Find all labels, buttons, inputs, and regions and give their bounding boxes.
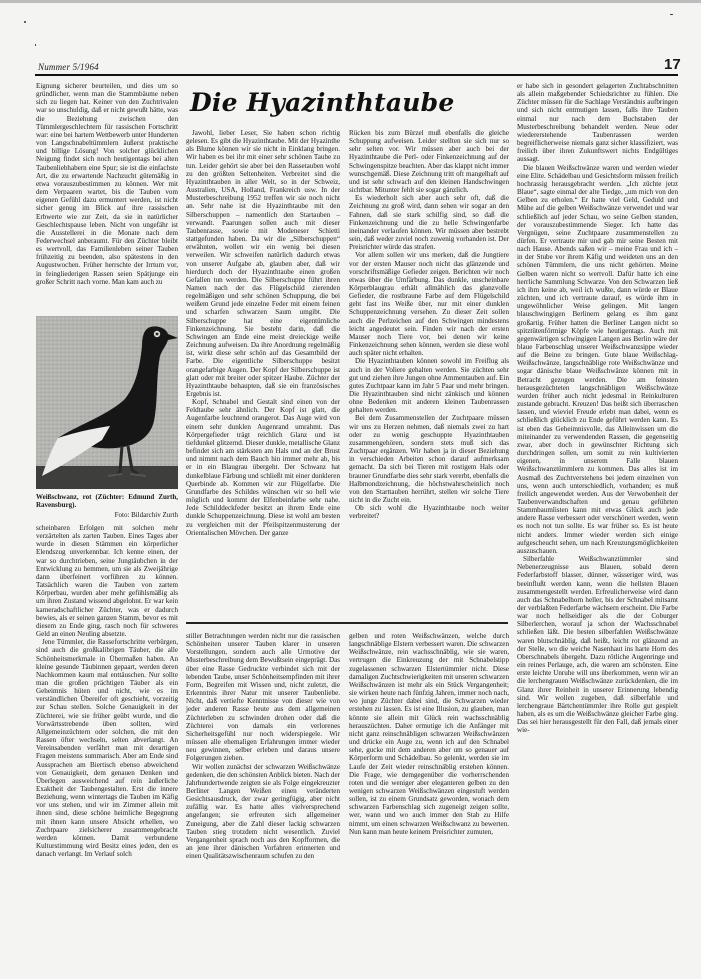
paragraph: Die blauen Weißschwänze waren und werden… (517, 164, 678, 556)
photo-credit: Foto: Bildarchiv Zurth (36, 511, 178, 519)
paragraph: stiller Betrachtungen werden nicht nur d… (186, 632, 340, 763)
paragraph: Wir wollen zunächst der schwarzen Weißsc… (186, 763, 340, 861)
scan-top-edge (0, 0, 701, 3)
column-2-top: Jawohl, lieber Leser, Sie haben schon ri… (186, 129, 340, 537)
magazine-page: Nummer 5/1964 17 Eignung sicherer beurte… (0, 0, 701, 979)
pigeon-illustration-icon (36, 316, 178, 489)
paragraph: Ob sich wohl die Hyazinthtaube noch weit… (349, 504, 509, 520)
header-rule (35, 74, 678, 76)
paragraph: Die Hyazinthtauben können sowohl im Frei… (349, 357, 509, 414)
paragraph: gelben und roten Weißschwänzen, welche d… (349, 632, 509, 836)
paragraph: Jene Tümmler, die Rassefortschritte verb… (36, 638, 178, 858)
column-3-top: Rücken bis zum Bürzel muß ebenfalls die … (349, 129, 509, 521)
paragraph: Bei dem Zusammenstellen der Zuchtpaare m… (349, 414, 509, 504)
article-title: Die Hyazinthtaube (190, 88, 454, 117)
column-1-top: Eignung sicherer beurteilen, und dies um… (36, 82, 178, 286)
paragraph: Vor allem sollen wir uns merken, daß die… (349, 251, 509, 357)
column-4: er habe sich in gesondert gelagerten Zuc… (517, 82, 678, 735)
paragraph: Rücken bis zum Bürzel muß ebenfalls die … (349, 129, 509, 194)
scan-speck (35, 44, 36, 46)
issue-number: Nummer 5/1964 (38, 62, 99, 72)
column-1-bottom: scheinbaren Erfolgen mit solchen mehr ve… (36, 524, 178, 858)
paragraph: Kopf, Schnabel und Gestalt sind einen vo… (186, 398, 340, 537)
photo-caption: Weißschwanz, rot (Züchter: Edmund Zurth,… (36, 493, 178, 510)
column-3-bottom: gelben und roten Weißschwänzen, welche d… (349, 632, 509, 836)
scan-speck (24, 21, 26, 23)
paragraph: scheinbaren Erfolgen mit solchen mehr ve… (36, 524, 178, 638)
paragraph: Eignung sicherer beurteilen, und dies um… (36, 82, 178, 286)
article-end-rule (186, 622, 508, 624)
scan-speck (670, 14, 673, 15)
page-number: 17 (664, 56, 681, 73)
pigeon-photo (36, 316, 178, 489)
paragraph: Silberfahle Weißschwanztümmler sind Nebe… (517, 555, 678, 734)
paragraph: Jawohl, lieber Leser, Sie haben schon ri… (186, 129, 340, 398)
paragraph: Es wiederholt sich aber auch sehr oft, d… (349, 194, 509, 251)
column-2-bottom: stiller Betrachtungen werden nicht nur d… (186, 632, 340, 860)
paragraph: er habe sich in gesondert gelagerten Zuc… (517, 82, 678, 164)
